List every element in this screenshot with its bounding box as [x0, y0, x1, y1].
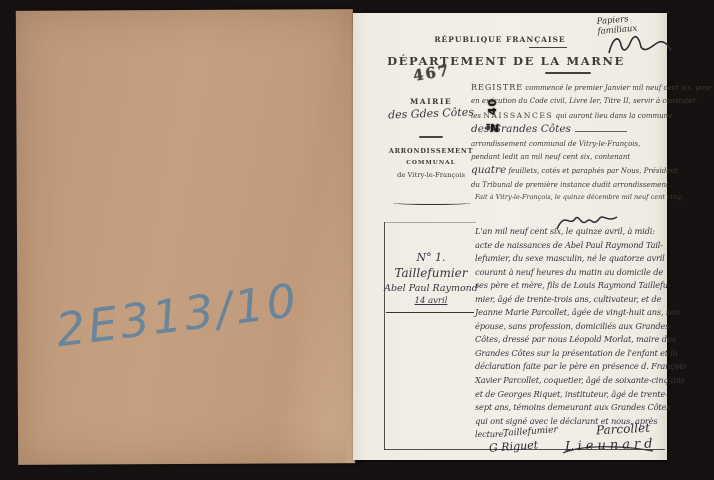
column-flourish-line — [393, 201, 471, 205]
act-line: et de Georges Riquet, instituteur, âgé d… — [475, 388, 671, 402]
register-cover: 2E313/10 — [16, 9, 355, 465]
registre-line-8: du Tribunal de première instance dudit a… — [471, 179, 669, 192]
register-title-page: Papiers familiaux RÉPUBLIQUE FRANÇAISE D… — [353, 13, 667, 460]
act-margin-surname: Taillefumier — [383, 266, 479, 280]
act-line: Grandes Côtes sur la présentation de l'e… — [475, 347, 671, 361]
registre-word: REGISTRE — [471, 83, 523, 92]
naissances-word: NAISSANCES — [483, 111, 553, 120]
registre-line-5: arrondissement communal de Vitry-le-Fran… — [471, 138, 669, 151]
signature-riguet: G Riguet — [489, 438, 539, 454]
act-line: mier, âgé de trente-trois ans, cultivate… — [475, 293, 671, 307]
act-line: L'an mil neuf cent six, le quinze avril,… — [475, 225, 671, 239]
act-line: Côtes, dressé par nous Léopold Morlat, m… — [475, 333, 671, 347]
commune-filled-handwritten: des Grandes Côtes — [471, 123, 571, 135]
column-ornament — [419, 136, 443, 138]
act-frame-left — [384, 222, 385, 450]
act-margin-given-names: Abel Paul Raymond — [381, 283, 481, 294]
act-line: déclaration faite par le père en présenc… — [475, 360, 671, 374]
registre-opening-paragraph: REGISTRE commencé le premier Janvier mil… — [471, 81, 669, 192]
act-line: épouse, sans profession, domiciliés aux … — [475, 320, 671, 334]
act-line: lefumier, du sexe masculin, né le quator… — [475, 252, 671, 266]
act-line: ses père et mère, fils de Louis Raymond … — [475, 279, 671, 293]
act-margin-number: N° 1. — [387, 251, 475, 264]
signature-parcollet: Parcollet — [596, 421, 651, 438]
header-departement-marne: DÉPARTEMENT DE LA MARNE — [353, 54, 659, 68]
blank-rule — [575, 123, 627, 132]
registre-line-2: en exécution du Code civil, Livre Ier, T… — [471, 95, 669, 108]
registre-line-1: REGISTRE commencé le premier Janvier mil… — [471, 81, 669, 95]
act-line: acte de naissances de Abel Paul Raymond … — [475, 239, 671, 253]
feuillets-filled-handwritten: quatre — [471, 164, 506, 176]
signature-flourish-underline — [561, 443, 657, 457]
act-margin-rule — [386, 312, 474, 313]
act-line: sept ans, témoins demeurant aux Grandes … — [475, 401, 671, 415]
registre-line-7: quatre feuillets, cotés et paraphés par … — [471, 164, 669, 178]
registre-line-6: pendant ledit an mil neuf cent six, cont… — [471, 151, 669, 164]
act-body-text: L'an mil neuf cent six, le quinze avril,… — [475, 225, 671, 442]
act-line: courant à neuf heures du matin au domici… — [475, 266, 671, 280]
act-line: Xavier Parcollet, coquetier, âgé de soix… — [475, 374, 671, 388]
fait-a-line: Fait à Vitry-le-François, le quinze déce… — [475, 193, 665, 201]
archive-cote-handwritten: 2E313/10 — [53, 273, 302, 358]
header-republique-francaise: RÉPUBLIQUE FRANÇAISE — [353, 35, 647, 44]
header-ornament-rule — [545, 72, 591, 74]
act-line: Jeanne Marie Parcollet, âgée de vingt-hu… — [475, 306, 671, 320]
act-frame-top — [384, 222, 476, 223]
header-rule — [529, 47, 567, 48]
registre-line-4: des Grandes Côtes — [471, 123, 669, 137]
act-margin-date: 14 avril — [387, 296, 475, 306]
registre-line-3: les NAISSANCES qui auront lieu dans la c… — [471, 109, 669, 123]
